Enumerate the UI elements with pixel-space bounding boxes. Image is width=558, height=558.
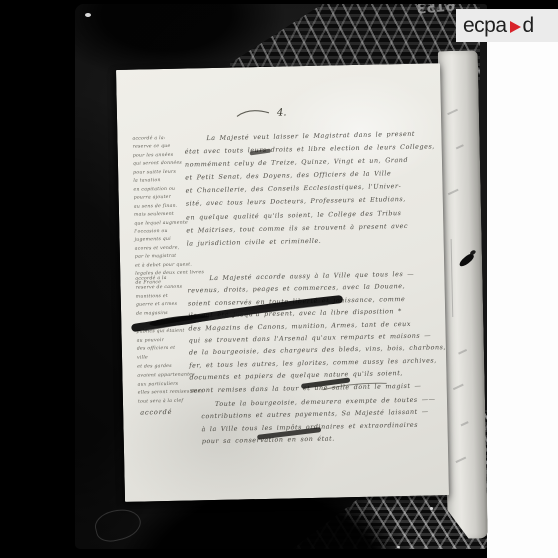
margin-note: tout sera à la clef <box>138 397 204 407</box>
page-number-text: 4. <box>277 107 287 118</box>
archive-photo: { "watermark": { "brand_left": "ecpa", "… <box>0 0 558 558</box>
ecpad-wordmark-left: ecpa <box>463 15 507 36</box>
crease-line <box>451 239 454 317</box>
emulsion-speck <box>85 13 91 17</box>
ink-blot <box>469 249 476 256</box>
flourish-stroke <box>235 105 275 120</box>
manuscript-page: 4. accordé a la: reserve ce que pour les… <box>116 63 449 502</box>
ecpad-logo: ecpa d <box>456 9 558 42</box>
text-block-1: La Majesté veut laisser le Magistrat dan… <box>184 127 437 250</box>
ghost-mark <box>453 384 464 390</box>
top-black-strip <box>487 0 558 9</box>
ghost-mark <box>455 457 466 463</box>
ghost-mark <box>461 421 469 426</box>
scan-white-margin <box>487 8 558 558</box>
ghost-mark <box>456 144 464 149</box>
ghost-mark <box>448 189 459 195</box>
manuscript-page-wrap: 4. accordé a la: reserve ce que pour les… <box>116 62 490 558</box>
ghost-mark <box>447 109 458 115</box>
text-block-3: Toute la bourgeoisie, demeurera exempte … <box>201 393 437 448</box>
ecpad-wordmark-right: d <box>523 15 534 36</box>
text-block-2: La Majesté accorde aussy à la Ville que … <box>187 267 447 396</box>
margin-note-accorde: accordé <box>140 408 172 417</box>
ghost-mark <box>458 349 467 354</box>
page-number: 4. <box>235 104 287 119</box>
ecpad-arrow-icon <box>510 21 521 33</box>
